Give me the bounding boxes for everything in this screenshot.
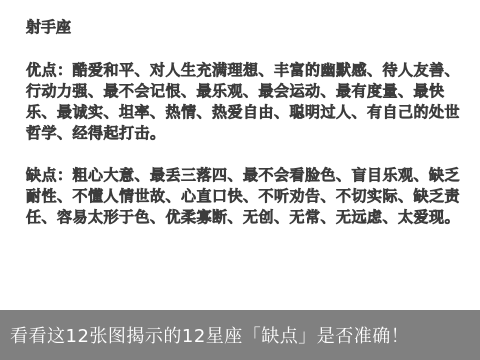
- strengths-paragraph: 优点：酷爱和平、对人生充满理想、丰富的幽默感、待人友善、行动力强、最不会记恨、最…: [26, 60, 466, 144]
- caption-bar: 看看这12张图揭示的12星座「缺点」是否准确！: [0, 310, 480, 360]
- zodiac-title: 射手座: [26, 16, 466, 38]
- article-body: 射手座 优点：酷爱和平、对人生充满理想、丰富的幽默感、待人友善、行动力强、最不会…: [26, 16, 466, 249]
- caption-text: 看看这12张图揭示的12星座「缺点」是否准确！: [10, 322, 409, 348]
- weaknesses-paragraph: 缺点：粗心大意、最丢三落四、最不会看脸色、盲目乐观、缺乏耐性、不懂人情世故、心直…: [26, 165, 466, 228]
